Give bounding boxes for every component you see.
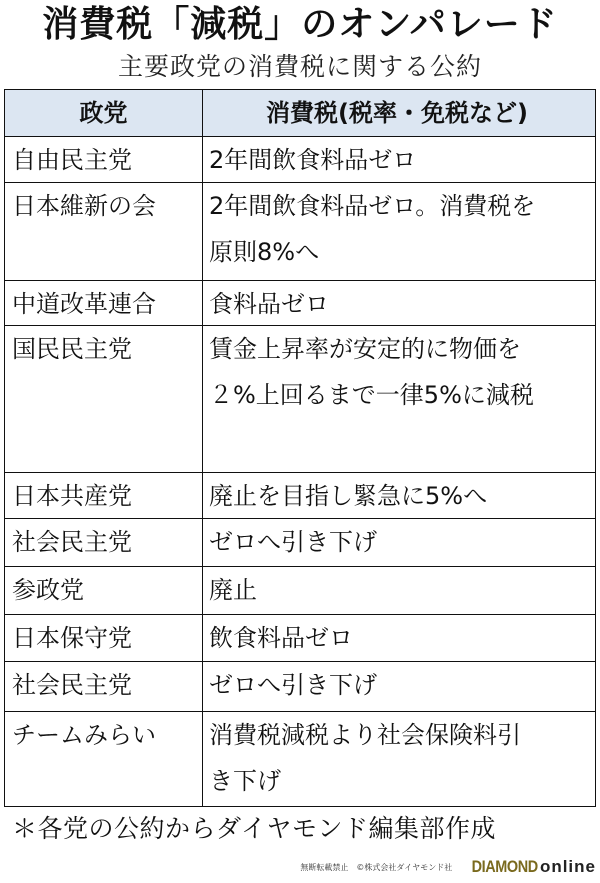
party-name-cell: 日本維新の会 <box>5 183 203 280</box>
policy-cell: 食料品ゼロ <box>203 281 595 325</box>
party-name-cell: 自由民主党 <box>5 137 203 182</box>
table-row: 日本維新の会2年間飲食料品ゼロ。消費税を 原則8%へ <box>5 182 595 280</box>
policy-cell: 消費税減税より社会保険料引 き下げ <box>203 712 595 806</box>
party-name-cell: 国民民主党 <box>5 326 203 472</box>
policy-table: 政党 消費税(税率・免税など) 自由民主党2年間飲食料品ゼロ日本維新の会2年間飲… <box>4 89 596 807</box>
copyright-text: 無断転載禁止 ©株式会社ダイヤモンド社 <box>300 862 452 873</box>
page-title: 消費税「減税」のオンパレード <box>0 4 600 46</box>
table-row: チームみらい消費税減税より社会保険料引 き下げ <box>5 711 595 806</box>
party-name-cell: 日本共産党 <box>5 473 203 518</box>
policy-cell: 廃止 <box>203 567 595 614</box>
policy-cell: 賃金上昇率が安定的に物価を ２%上回るまで一律5%に減税 <box>203 326 595 472</box>
policy-cell: 飲食料品ゼロ <box>203 615 595 661</box>
table-row: 中道改革連合食料品ゼロ <box>5 280 595 325</box>
page-subtitle: 主要政党の消費税に関する公約 <box>0 52 600 82</box>
policy-cell: 2年間飲食料品ゼロ。消費税を 原則8%へ <box>203 183 595 280</box>
logo-suffix: online <box>540 857 596 877</box>
table-row: 自由民主党2年間飲食料品ゼロ <box>5 136 595 182</box>
table-body: 自由民主党2年間飲食料品ゼロ日本維新の会2年間飲食料品ゼロ。消費税を 原則8%へ… <box>5 136 595 806</box>
logo-brand: DIAMOND <box>472 857 538 877</box>
table-row: 社会民主党ゼロへ引き下げ <box>5 661 595 711</box>
table-row: 日本共産党廃止を目指し緊急に5%へ <box>5 472 595 518</box>
source-note: ＊各党の公約からダイヤモンド編集部作成 <box>12 812 496 846</box>
policy-cell: 2年間飲食料品ゼロ <box>203 137 595 182</box>
column-header-policy: 消費税(税率・免税など) <box>203 90 595 136</box>
table-row: 国民民主党賃金上昇率が安定的に物価を ２%上回るまで一律5%に減税 <box>5 325 595 472</box>
party-name-cell: 社会民主党 <box>5 662 203 711</box>
party-name-cell: 日本保守党 <box>5 615 203 661</box>
table-row: 社会民主党ゼロへ引き下げ <box>5 518 595 566</box>
policy-cell: ゼロへ引き下げ <box>203 662 595 711</box>
diamond-online-logo: DIAMOND online <box>460 857 596 877</box>
party-name-cell: 社会民主党 <box>5 519 203 566</box>
party-name-cell: 参政党 <box>5 567 203 614</box>
party-name-cell: チームみらい <box>5 712 203 806</box>
party-name-cell: 中道改革連合 <box>5 281 203 325</box>
table-header-row: 政党 消費税(税率・免税など) <box>5 90 595 136</box>
policy-cell: ゼロへ引き下げ <box>203 519 595 566</box>
table-row: 日本保守党飲食料品ゼロ <box>5 614 595 661</box>
table-row: 参政党廃止 <box>5 566 595 614</box>
policy-cell: 廃止を目指し緊急に5%へ <box>203 473 595 518</box>
column-header-party: 政党 <box>5 90 203 136</box>
footer: 無断転載禁止 ©株式会社ダイヤモンド社 DIAMOND online <box>300 857 596 877</box>
